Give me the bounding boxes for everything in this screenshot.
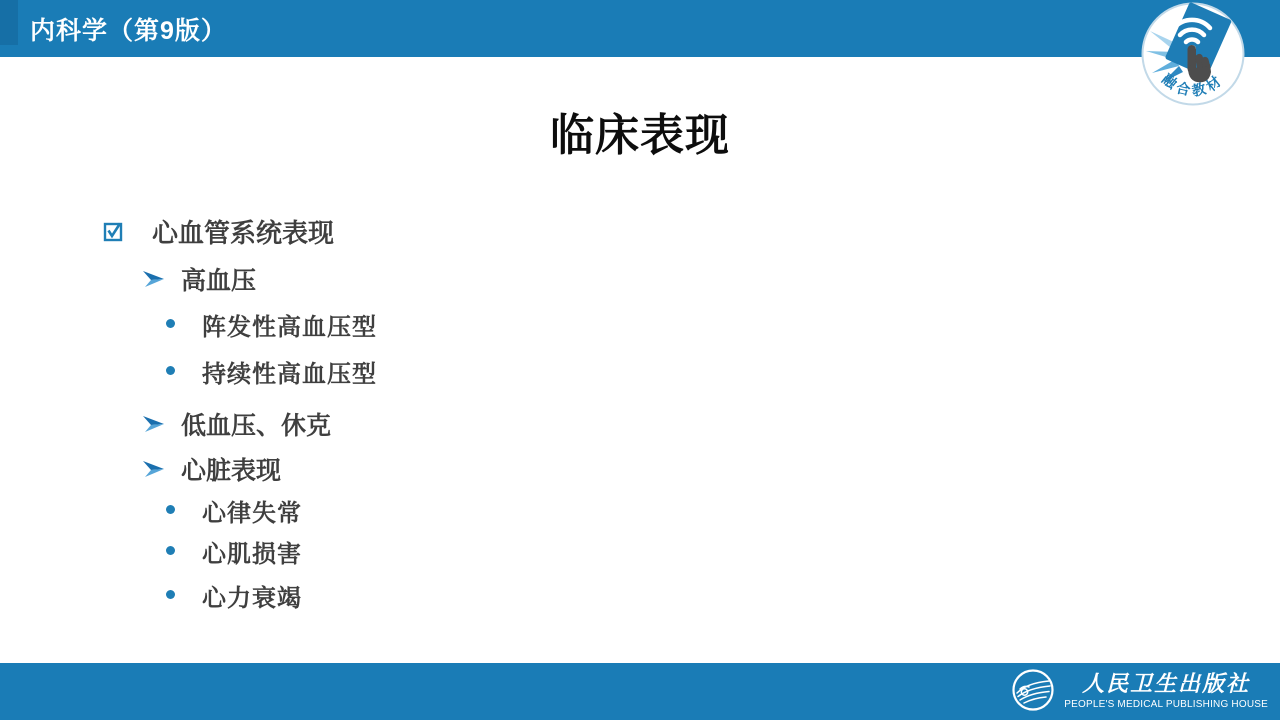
list-item: 心肌损害 bbox=[166, 533, 302, 569]
list-item: 阵发性高血压型 bbox=[166, 306, 377, 342]
publisher-name-en: PEOPLE'S MEDICAL PUBLISHING HOUSE bbox=[1064, 699, 1268, 711]
top-banner: 内科学（第9版） bbox=[0, 0, 1280, 57]
page-title: 临床表现 bbox=[0, 99, 1280, 163]
dot-bullet-icon bbox=[166, 319, 175, 328]
arrow-bullet-icon bbox=[142, 270, 165, 288]
list-item-label: 心血管系统表现 bbox=[152, 213, 334, 250]
list-item-label: 心脏表现 bbox=[181, 451, 281, 487]
list-item: 心律失常 bbox=[166, 492, 302, 528]
dot-bullet-icon bbox=[166, 505, 175, 514]
fusion-textbook-badge: 融合教材 bbox=[1141, 2, 1245, 106]
publisher-logo: 人民卫生出版社 PEOPLE'S MEDICAL PUBLISHING HOUS… bbox=[1011, 668, 1268, 712]
dot-bullet-icon bbox=[166, 590, 175, 599]
dot-bullet-icon bbox=[166, 546, 175, 555]
publisher-name: 人民卫生出版社 PEOPLE'S MEDICAL PUBLISHING HOUS… bbox=[1064, 670, 1268, 711]
arrow-bullet-icon bbox=[142, 415, 165, 433]
list-item: 心血管系统表现 bbox=[103, 213, 334, 249]
slide: 内科学（第9版） bbox=[0, 0, 1280, 720]
book-title: 内科学（第9版） bbox=[30, 0, 227, 57]
list-item-label: 心律失常 bbox=[202, 493, 302, 528]
publisher-emblem-icon bbox=[1011, 668, 1055, 712]
list-item-label: 心肌损害 bbox=[202, 534, 302, 569]
list-item: 心脏表现 bbox=[142, 451, 281, 487]
list-item: 低血压、休克 bbox=[142, 406, 331, 442]
list-item-label: 高血压 bbox=[181, 261, 256, 297]
list-item: 持续性高血压型 bbox=[166, 353, 377, 389]
list-item-label: 低血压、休克 bbox=[181, 406, 331, 442]
dot-bullet-icon bbox=[166, 366, 175, 375]
list-item-label: 阵发性高血压型 bbox=[202, 307, 377, 342]
list-item-label: 持续性高血压型 bbox=[202, 354, 377, 389]
list-item: 心力衰竭 bbox=[166, 577, 302, 613]
list-item-label: 心力衰竭 bbox=[202, 578, 302, 613]
publisher-name-cn: 人民卫生出版社 bbox=[1082, 670, 1250, 698]
arrow-bullet-icon bbox=[142, 460, 165, 478]
top-banner-accent bbox=[0, 0, 18, 45]
list-item: 高血压 bbox=[142, 261, 256, 297]
checkbox-icon bbox=[103, 220, 124, 242]
